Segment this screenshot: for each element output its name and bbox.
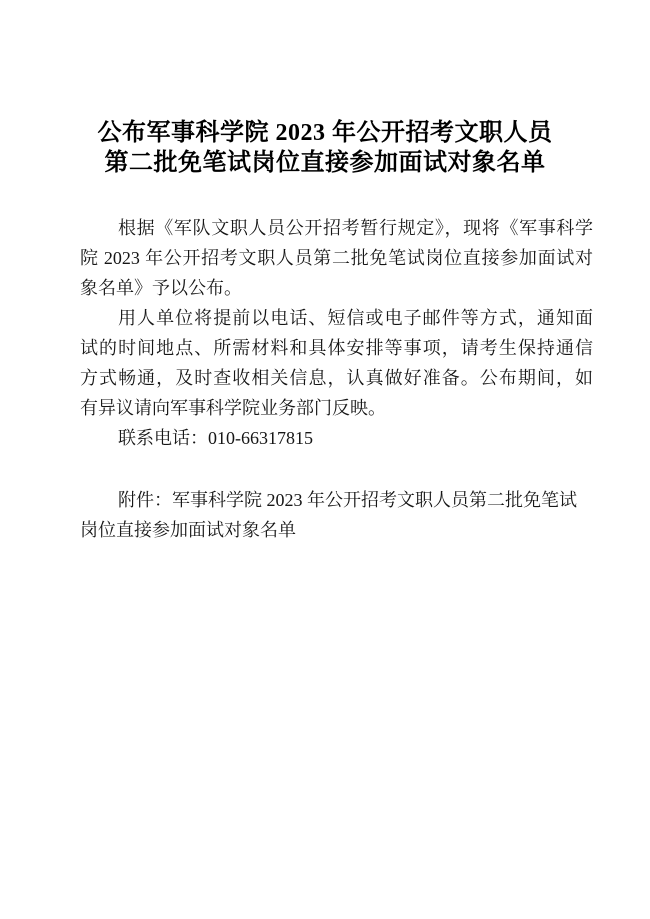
document-body: 根据《军队文职人员公开招考暂行规定》，现将《军事科学院 2023 年公开招考文职…	[0, 213, 650, 545]
text-line: 联系电话：010-66317815	[80, 423, 593, 453]
text-line: 根据《军队文职人员公开招考暂行规定》，现将《军事科学	[80, 213, 593, 243]
text-line: 方式畅通，及时查收相关信息，认真做好准备。公布期间，如	[80, 363, 593, 393]
text-line: 用人单位将提前以电话、短信或电子邮件等方式，通知面	[80, 303, 593, 333]
attachment-paragraph: 附件：军事科学院 2023 年公开招考文职人员第二批免笔试岗位直接参加面试对象名…	[80, 485, 593, 545]
document-title: 公布军事科学院 2023 年公开招考文职人员 第二批免笔试岗位直接参加面试对象名…	[0, 0, 650, 178]
title-line-2: 第二批免笔试岗位直接参加面试对象名单	[0, 148, 650, 178]
document-page: 公布军事科学院 2023 年公开招考文职人员 第二批免笔试岗位直接参加面试对象名…	[0, 0, 650, 919]
text-line: 象名单》予以公布。	[80, 273, 593, 303]
text-line: 试的时间地点、所需材料和具体安排等事项，请考生保持通信	[80, 333, 593, 363]
text-line: 院 2023 年公开招考文职人员第二批免笔试岗位直接参加面试对	[80, 243, 593, 273]
intro-paragraph: 根据《军队文职人员公开招考暂行规定》，现将《军事科学院 2023 年公开招考文职…	[80, 213, 593, 303]
notice-paragraph: 用人单位将提前以电话、短信或电子邮件等方式，通知面试的时间地点、所需材料和具体安…	[80, 303, 593, 423]
text-line: 岗位直接参加面试对象名单	[80, 515, 593, 545]
title-line-1: 公布军事科学院 2023 年公开招考文职人员	[0, 118, 650, 148]
text-line: 有异议请向军事科学院业务部门反映。	[80, 393, 593, 423]
contact-paragraph: 联系电话：010-66317815	[80, 423, 593, 453]
text-line: 附件：军事科学院 2023 年公开招考文职人员第二批免笔试	[80, 485, 593, 515]
